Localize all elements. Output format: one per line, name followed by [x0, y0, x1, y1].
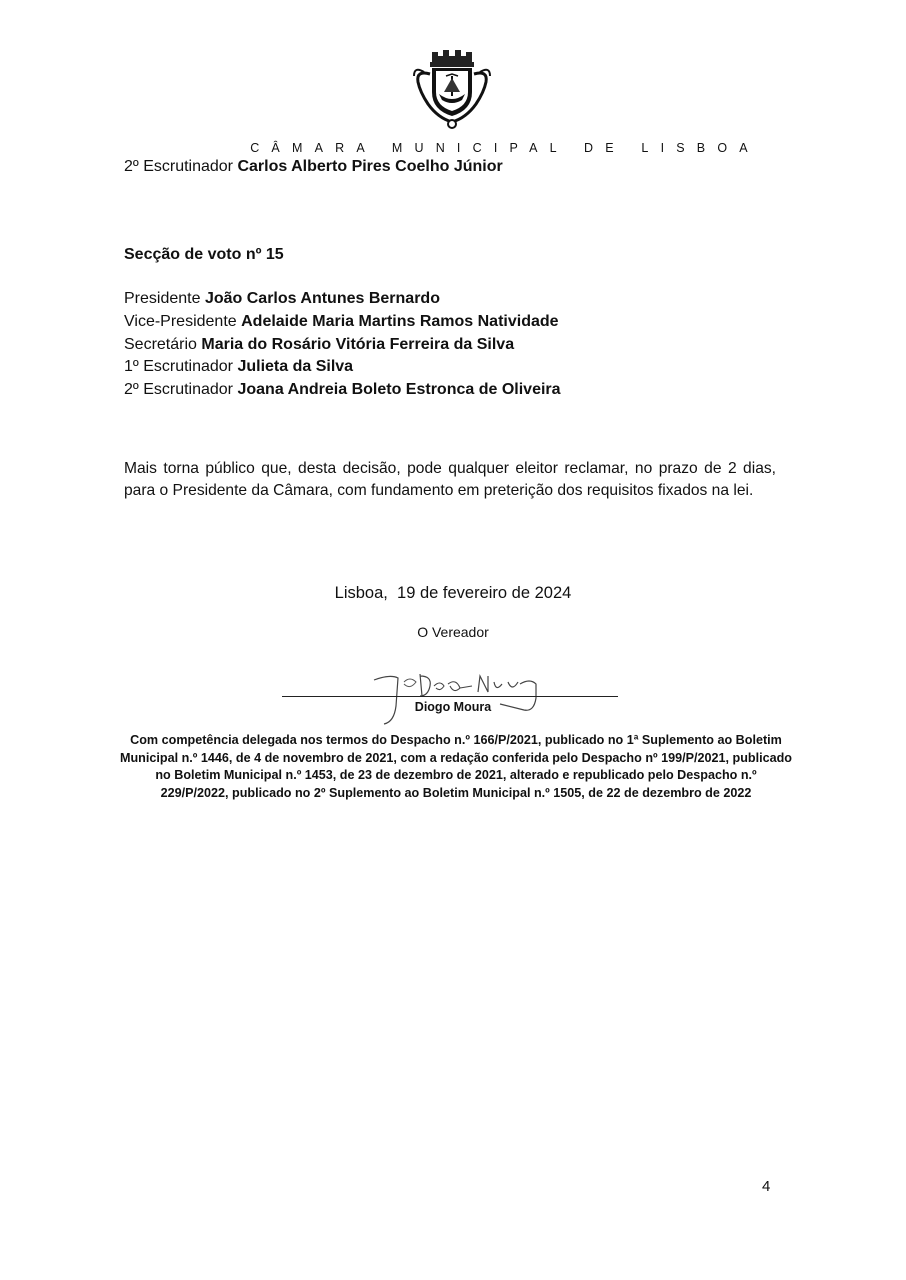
- member-role: 1º Escrutinador: [124, 358, 233, 375]
- previous-member-line: 2º Escrutinador Carlos Alberto Pires Coe…: [124, 158, 503, 176]
- member-role: Presidente: [124, 290, 201, 307]
- member-name: Carlos Alberto Pires Coelho Júnior: [237, 158, 502, 175]
- delegation-note: Com competência delegada nos termos do D…: [120, 732, 792, 802]
- member-name: Adelaide Maria Martins Ramos Natividade: [241, 313, 558, 330]
- place-date: Lisboa, 19 de fevereiro de 2024: [0, 584, 906, 603]
- signature-line: [282, 696, 618, 697]
- member-name: Julieta da Silva: [237, 358, 353, 375]
- member-line: Vice-Presidente Adelaide Maria Martins R…: [124, 313, 559, 331]
- section-title: Secção de voto nº 15: [124, 246, 284, 264]
- signer-role: O Vereador: [0, 624, 906, 640]
- member-line: 2º Escrutinador Joana Andreia Boleto Est…: [124, 381, 561, 399]
- member-line: Presidente João Carlos Antunes Bernardo: [124, 290, 440, 308]
- member-line: Secretário Maria do Rosário Vitória Ferr…: [124, 336, 514, 354]
- signer-name: Diogo Moura: [0, 700, 906, 714]
- lisbon-coat-of-arms-icon: [408, 48, 496, 130]
- member-name: Joana Andreia Boleto Estronca de Oliveir…: [237, 381, 560, 398]
- handwritten-signature-icon: [360, 662, 560, 726]
- member-role: 2º Escrutinador: [124, 158, 233, 175]
- page-number: 4: [762, 1178, 770, 1195]
- notice-paragraph: Mais torna público que, desta decisão, p…: [124, 458, 776, 502]
- member-role: Secretário: [124, 336, 197, 353]
- organization-name: CÂMARA MUNICIPAL DE LISBOA: [0, 141, 906, 155]
- member-role: Vice-Presidente: [124, 313, 237, 330]
- member-name: Maria do Rosário Vitória Ferreira da Sil…: [201, 336, 514, 353]
- member-name: João Carlos Antunes Bernardo: [205, 290, 440, 307]
- member-role: 2º Escrutinador: [124, 381, 233, 398]
- member-line: 1º Escrutinador Julieta da Silva: [124, 358, 353, 376]
